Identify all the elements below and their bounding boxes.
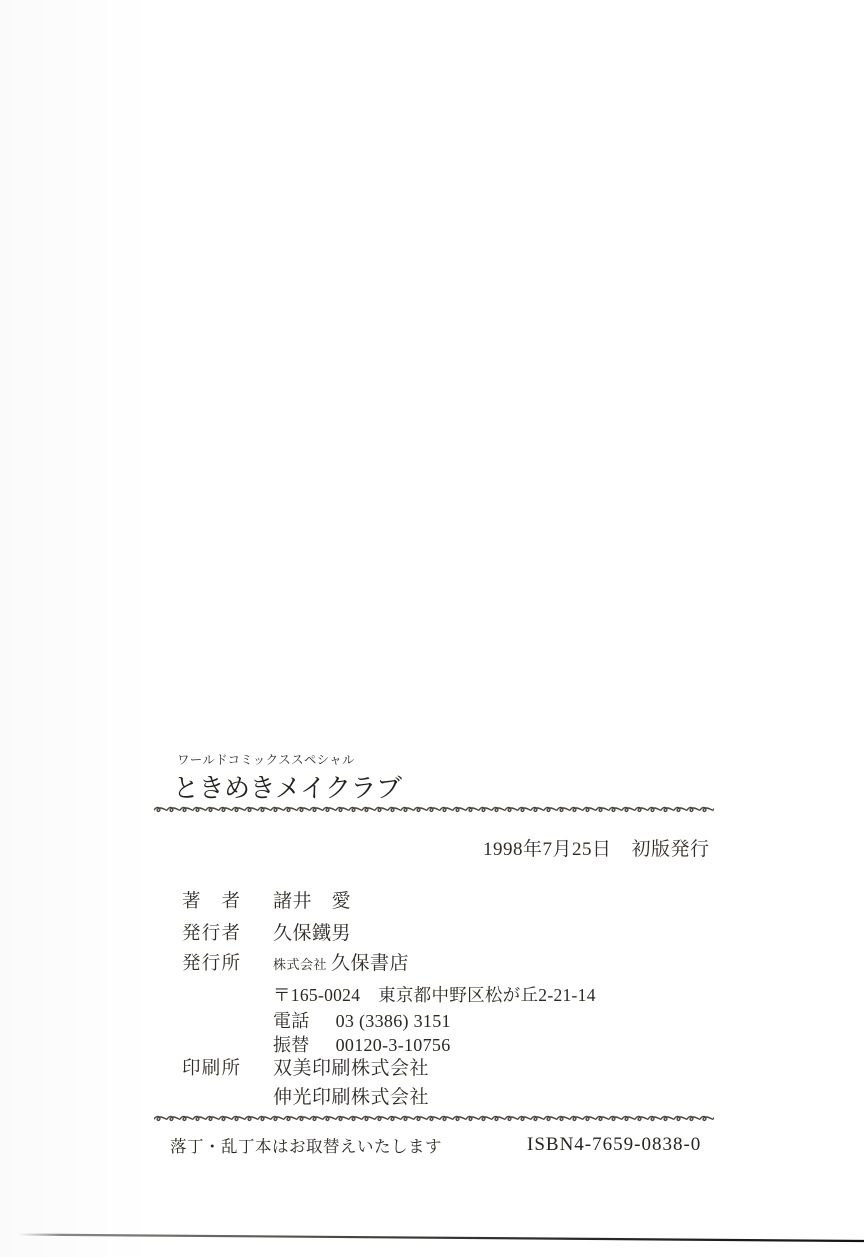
phone-label: 電話	[273, 1011, 310, 1031]
defect-notice: 落丁・乱丁本はお取替えいたします	[170, 1133, 442, 1157]
company-name: 久保書店	[331, 953, 409, 974]
printer-name-2: 伸光印刷株式会社	[273, 1082, 429, 1109]
transfer-label: 振替	[273, 1035, 310, 1055]
printing-office-row: 印刷所 双美印刷株式会社	[182, 1053, 429, 1080]
postal-address: 〒165-0024 東京都中野区松が丘2-21-14	[273, 982, 596, 1007]
printer-name-1: 双美印刷株式会社	[273, 1053, 429, 1080]
author-row: 著者 諸井 愛	[182, 886, 351, 913]
publishing-office-row: 発行所 株式会社久保書店	[182, 948, 409, 975]
publisher-name: 久保鐵男	[273, 918, 351, 945]
publisher-row: 発行者 久保鐵男	[182, 918, 351, 945]
publishing-office-label: 発行所	[182, 949, 240, 975]
publishing-company: 株式会社久保書店	[273, 948, 409, 975]
author-label: 著者	[182, 887, 240, 913]
series-title: ワールドコミックススペシャル	[177, 750, 355, 768]
book-title: ときめきメイクラブ	[173, 768, 401, 805]
isbn: ISBN4-7659-0838-0	[527, 1134, 701, 1156]
transfer-number: 00120-3-10756	[336, 1035, 451, 1055]
colophon-page: ワールドコミックススペシャル ときめきメイクラブ 1998年7月25日初版発行 …	[0, 0, 864, 1257]
edition-line: 1998年7月25日初版発行	[483, 834, 710, 861]
phone-number: 03 (3386) 3151	[336, 1011, 451, 1031]
ornamental-rule-bottom	[154, 1114, 714, 1124]
company-prefix: 株式会社	[273, 957, 327, 972]
ornamental-rule-top	[154, 805, 714, 815]
page-edge-artifact	[0, 1226, 864, 1246]
edition-label: 初版発行	[632, 839, 710, 860]
publisher-label: 発行者	[182, 919, 240, 945]
printing-office-label: 印刷所	[182, 1054, 240, 1080]
edition-date: 1998年7月25日	[483, 839, 612, 860]
author-name: 諸井 愛	[273, 886, 351, 913]
phone-line: 電話03 (3386) 3151	[273, 1007, 451, 1033]
